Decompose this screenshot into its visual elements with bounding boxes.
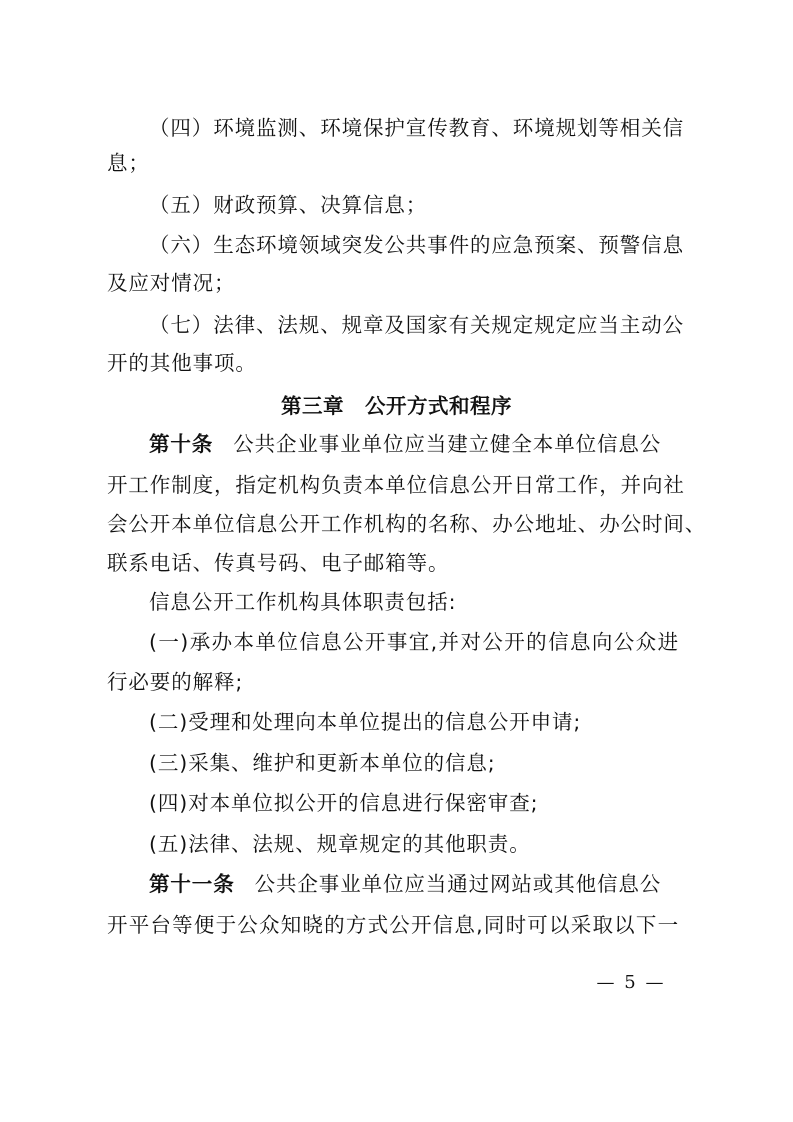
duty-1-line-1: (一)承办本单位信息公开事宜,并对公开的信息向公众进 <box>149 629 679 655</box>
duty-3: (三)采集、维护和更新本单位的信息; <box>149 750 679 776</box>
article-10-line-2: 开工作制度，指定机构负责本单位信息公开日常工作，并向社 <box>107 472 679 498</box>
article-11-line-2: 开平台等便于公众知晓的方式公开信息,同时可以采取以下一 <box>107 912 679 938</box>
paragraph-item-6-line-1: （六）生态环境领域突发公共事件的应急预案、预警信息 <box>149 232 679 258</box>
article-10-label: 第十条 <box>149 432 213 456</box>
chapter-heading: 第三章 公开方式和程序 <box>0 393 793 419</box>
page-number: — 5 — <box>596 970 666 996</box>
duty-4: (四)对本单位拟公开的信息进行保密审查; <box>149 790 679 816</box>
article-10-line-4: 联系电话、传真号码、电子邮箱等。 <box>107 550 679 576</box>
paragraph-item-7-line-1: （七）法律、法规、规章及国家有关规定规定应当主动公 <box>149 312 679 338</box>
duty-2: (二)受理和处理向本单位提出的信息公开申请; <box>149 709 679 735</box>
article-10-line-3: 会公开本单位信息公开工作机构的名称、办公地址、办公时间、 <box>107 511 679 537</box>
article-11-line-1: 第十一条公共企事业单位应当通过网站或其他信息公 <box>149 871 679 897</box>
article-11-label: 第十一条 <box>149 872 235 896</box>
article-11-text: 公共企事业单位应当通过网站或其他信息公 <box>255 872 662 896</box>
paragraph-item-7-line-2: 开的其他事项。 <box>107 350 679 376</box>
paragraph-item-5: （五）财政预算、决算信息； <box>149 192 679 218</box>
duties-intro: 信息公开工作机构具体职责包括: <box>149 589 679 615</box>
duty-5: (五)法律、法规、规章规定的其他职责。 <box>149 831 679 857</box>
article-10-text: 公共企业事业单位应当建立健全本单位信息公 <box>233 432 661 456</box>
paragraph-item-6-line-2: 及应对情况； <box>107 270 679 296</box>
document-page: （四）环境监测、环境保护宣传教育、环境规划等相关信 息； （五）财政预算、决算信… <box>0 0 793 1122</box>
paragraph-item-4-line-2: 息； <box>107 150 679 176</box>
article-10-line-1: 第十条公共企业事业单位应当建立健全本单位信息公 <box>149 431 679 457</box>
duty-1-line-2: 行必要的解释; <box>107 669 679 695</box>
paragraph-item-4-line-1: （四）环境监测、环境保护宣传教育、环境规划等相关信 <box>149 115 679 141</box>
